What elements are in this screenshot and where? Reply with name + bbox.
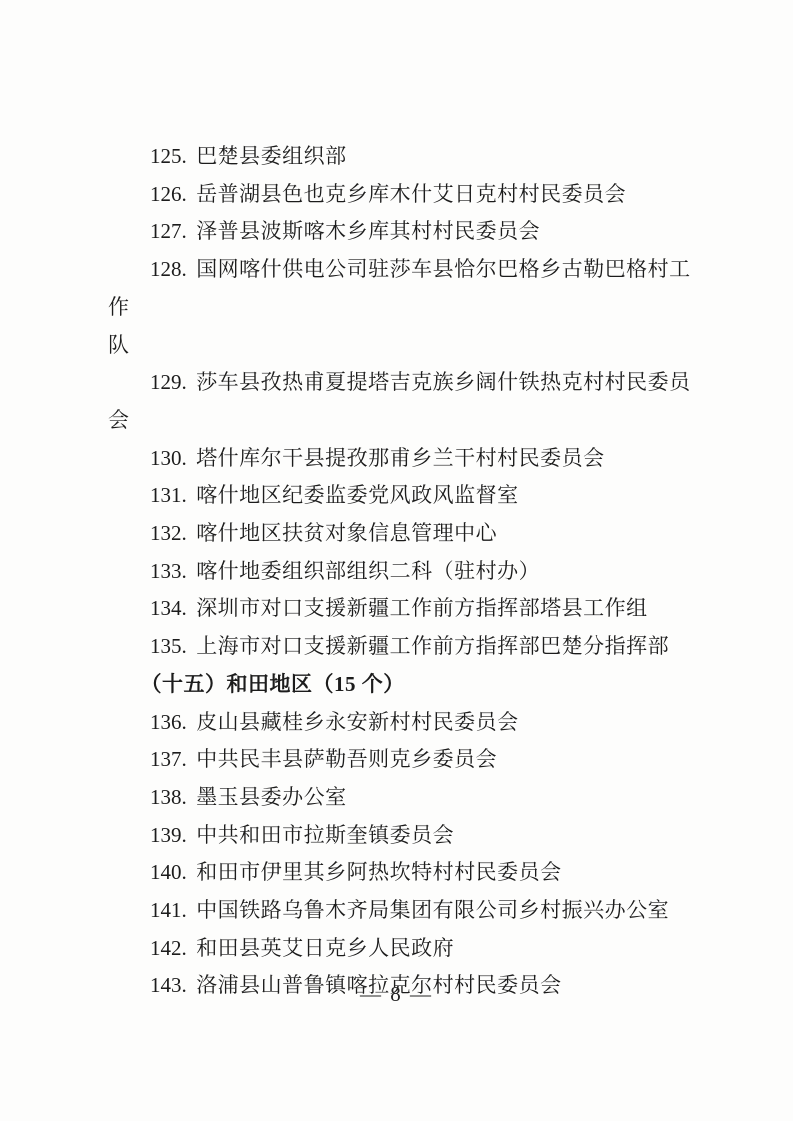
list-item: 137.中共民丰县萨勒吾则克乡委员会 bbox=[108, 741, 706, 779]
page-number: — 8 — bbox=[0, 982, 793, 1007]
list-item: 128.国网喀什供电公司驻莎车县恰尔巴格乡古勒巴格村工作 队 bbox=[108, 251, 706, 364]
list-item: 138.墨玉县委办公室 bbox=[108, 779, 706, 817]
item-number: 142. bbox=[150, 936, 187, 960]
item-text: 和田县英艾日克乡人民政府 bbox=[196, 936, 454, 960]
item-number: 135. bbox=[150, 634, 187, 658]
item-text: 和田市伊里其乡阿热坎特村村民委员会 bbox=[196, 860, 562, 884]
list-item: 142.和田县英艾日克乡人民政府 bbox=[108, 930, 706, 968]
org-list-section-1: 125.巴楚县委组织部126.岳普湖县色也克乡库木什艾日克村村民委员会127.泽… bbox=[108, 138, 706, 666]
item-number: 134. bbox=[150, 596, 187, 620]
item-number: 133. bbox=[150, 559, 187, 583]
list-item: 141.中国铁路乌鲁木齐局集团有限公司乡村振兴办公室 bbox=[108, 892, 706, 930]
item-text: 墨玉县委办公室 bbox=[196, 785, 347, 809]
list-item: 135.上海市对口支援新疆工作前方指挥部巴楚分指挥部 bbox=[108, 628, 706, 666]
item-number: 140. bbox=[150, 860, 187, 884]
item-text: 国网喀什供电公司驻莎车县恰尔巴格乡古勒巴格村工作 队 bbox=[108, 257, 691, 356]
org-list-section-2: 136.皮山县藏桂乡永安新村村民委员会137.中共民丰县萨勒吾则克乡委员会138… bbox=[108, 704, 706, 1006]
list-item: 131.喀什地区纪委监委党风政风监督室 bbox=[108, 477, 706, 515]
list-item: 125.巴楚县委组织部 bbox=[108, 138, 706, 176]
item-number: 136. bbox=[150, 710, 187, 734]
item-text: 喀什地区纪委监委党风政风监督室 bbox=[196, 483, 519, 507]
item-number: 138. bbox=[150, 785, 187, 809]
item-number: 141. bbox=[150, 898, 187, 922]
item-number: 127. bbox=[150, 219, 187, 243]
list-item: 134.深圳市对口支援新疆工作前方指挥部塔县工作组 bbox=[108, 590, 706, 628]
item-text: 泽普县波斯喀木乡库其村村民委员会 bbox=[196, 219, 540, 243]
item-number: 132. bbox=[150, 521, 187, 545]
document-page: 125.巴楚县委组织部126.岳普湖县色也克乡库木什艾日克村村民委员会127.泽… bbox=[0, 0, 793, 1121]
item-number: 130. bbox=[150, 446, 187, 470]
item-text: 塔什库尔干县提孜那甫乡兰干村村民委员会 bbox=[196, 446, 605, 470]
section-header-hetian: （十五）和田地区（15 个） bbox=[108, 666, 706, 704]
item-number: 125. bbox=[150, 144, 187, 168]
list-item: 127.泽普县波斯喀木乡库其村村民委员会 bbox=[108, 213, 706, 251]
item-text: 中国铁路乌鲁木齐局集团有限公司乡村振兴办公室 bbox=[196, 898, 669, 922]
item-text: 巴楚县委组织部 bbox=[196, 144, 347, 168]
item-text: 喀什地区扶贫对象信息管理中心 bbox=[196, 521, 497, 545]
org-list: 125.巴楚县委组织部126.岳普湖县色也克乡库木什艾日克村村民委员会127.泽… bbox=[108, 138, 706, 1005]
list-item: 139.中共和田市拉斯奎镇委员会 bbox=[108, 817, 706, 855]
item-number: 128. bbox=[150, 257, 187, 281]
item-text: 喀什地委组织部组织二科（驻村办） bbox=[196, 559, 540, 583]
item-text: 莎车县孜热甫夏提塔吉克族乡阔什铁热克村村民委员 会 bbox=[108, 370, 691, 432]
item-text: 皮山县藏桂乡永安新村村民委员会 bbox=[196, 710, 519, 734]
list-item: 132.喀什地区扶贫对象信息管理中心 bbox=[108, 515, 706, 553]
list-item: 126.岳普湖县色也克乡库木什艾日克村村民委员会 bbox=[108, 176, 706, 214]
item-number: 126. bbox=[150, 182, 187, 206]
list-item: 133.喀什地委组织部组织二科（驻村办） bbox=[108, 553, 706, 591]
item-text: 岳普湖县色也克乡库木什艾日克村村民委员会 bbox=[196, 182, 626, 206]
item-text: 中共和田市拉斯奎镇委员会 bbox=[196, 823, 454, 847]
list-item: 130.塔什库尔干县提孜那甫乡兰干村村民委员会 bbox=[108, 440, 706, 478]
item-number: 137. bbox=[150, 747, 187, 771]
list-item: 140.和田市伊里其乡阿热坎特村村民委员会 bbox=[108, 854, 706, 892]
list-item: 129.莎车县孜热甫夏提塔吉克族乡阔什铁热克村村民委员 会 bbox=[108, 364, 706, 439]
list-item: 136.皮山县藏桂乡永安新村村民委员会 bbox=[108, 704, 706, 742]
item-number: 131. bbox=[150, 483, 187, 507]
item-text: 中共民丰县萨勒吾则克乡委员会 bbox=[196, 747, 497, 771]
item-text: 上海市对口支援新疆工作前方指挥部巴楚分指挥部 bbox=[196, 634, 669, 658]
item-number: 139. bbox=[150, 823, 187, 847]
item-text: 深圳市对口支援新疆工作前方指挥部塔县工作组 bbox=[196, 596, 648, 620]
item-number: 129. bbox=[150, 370, 187, 394]
